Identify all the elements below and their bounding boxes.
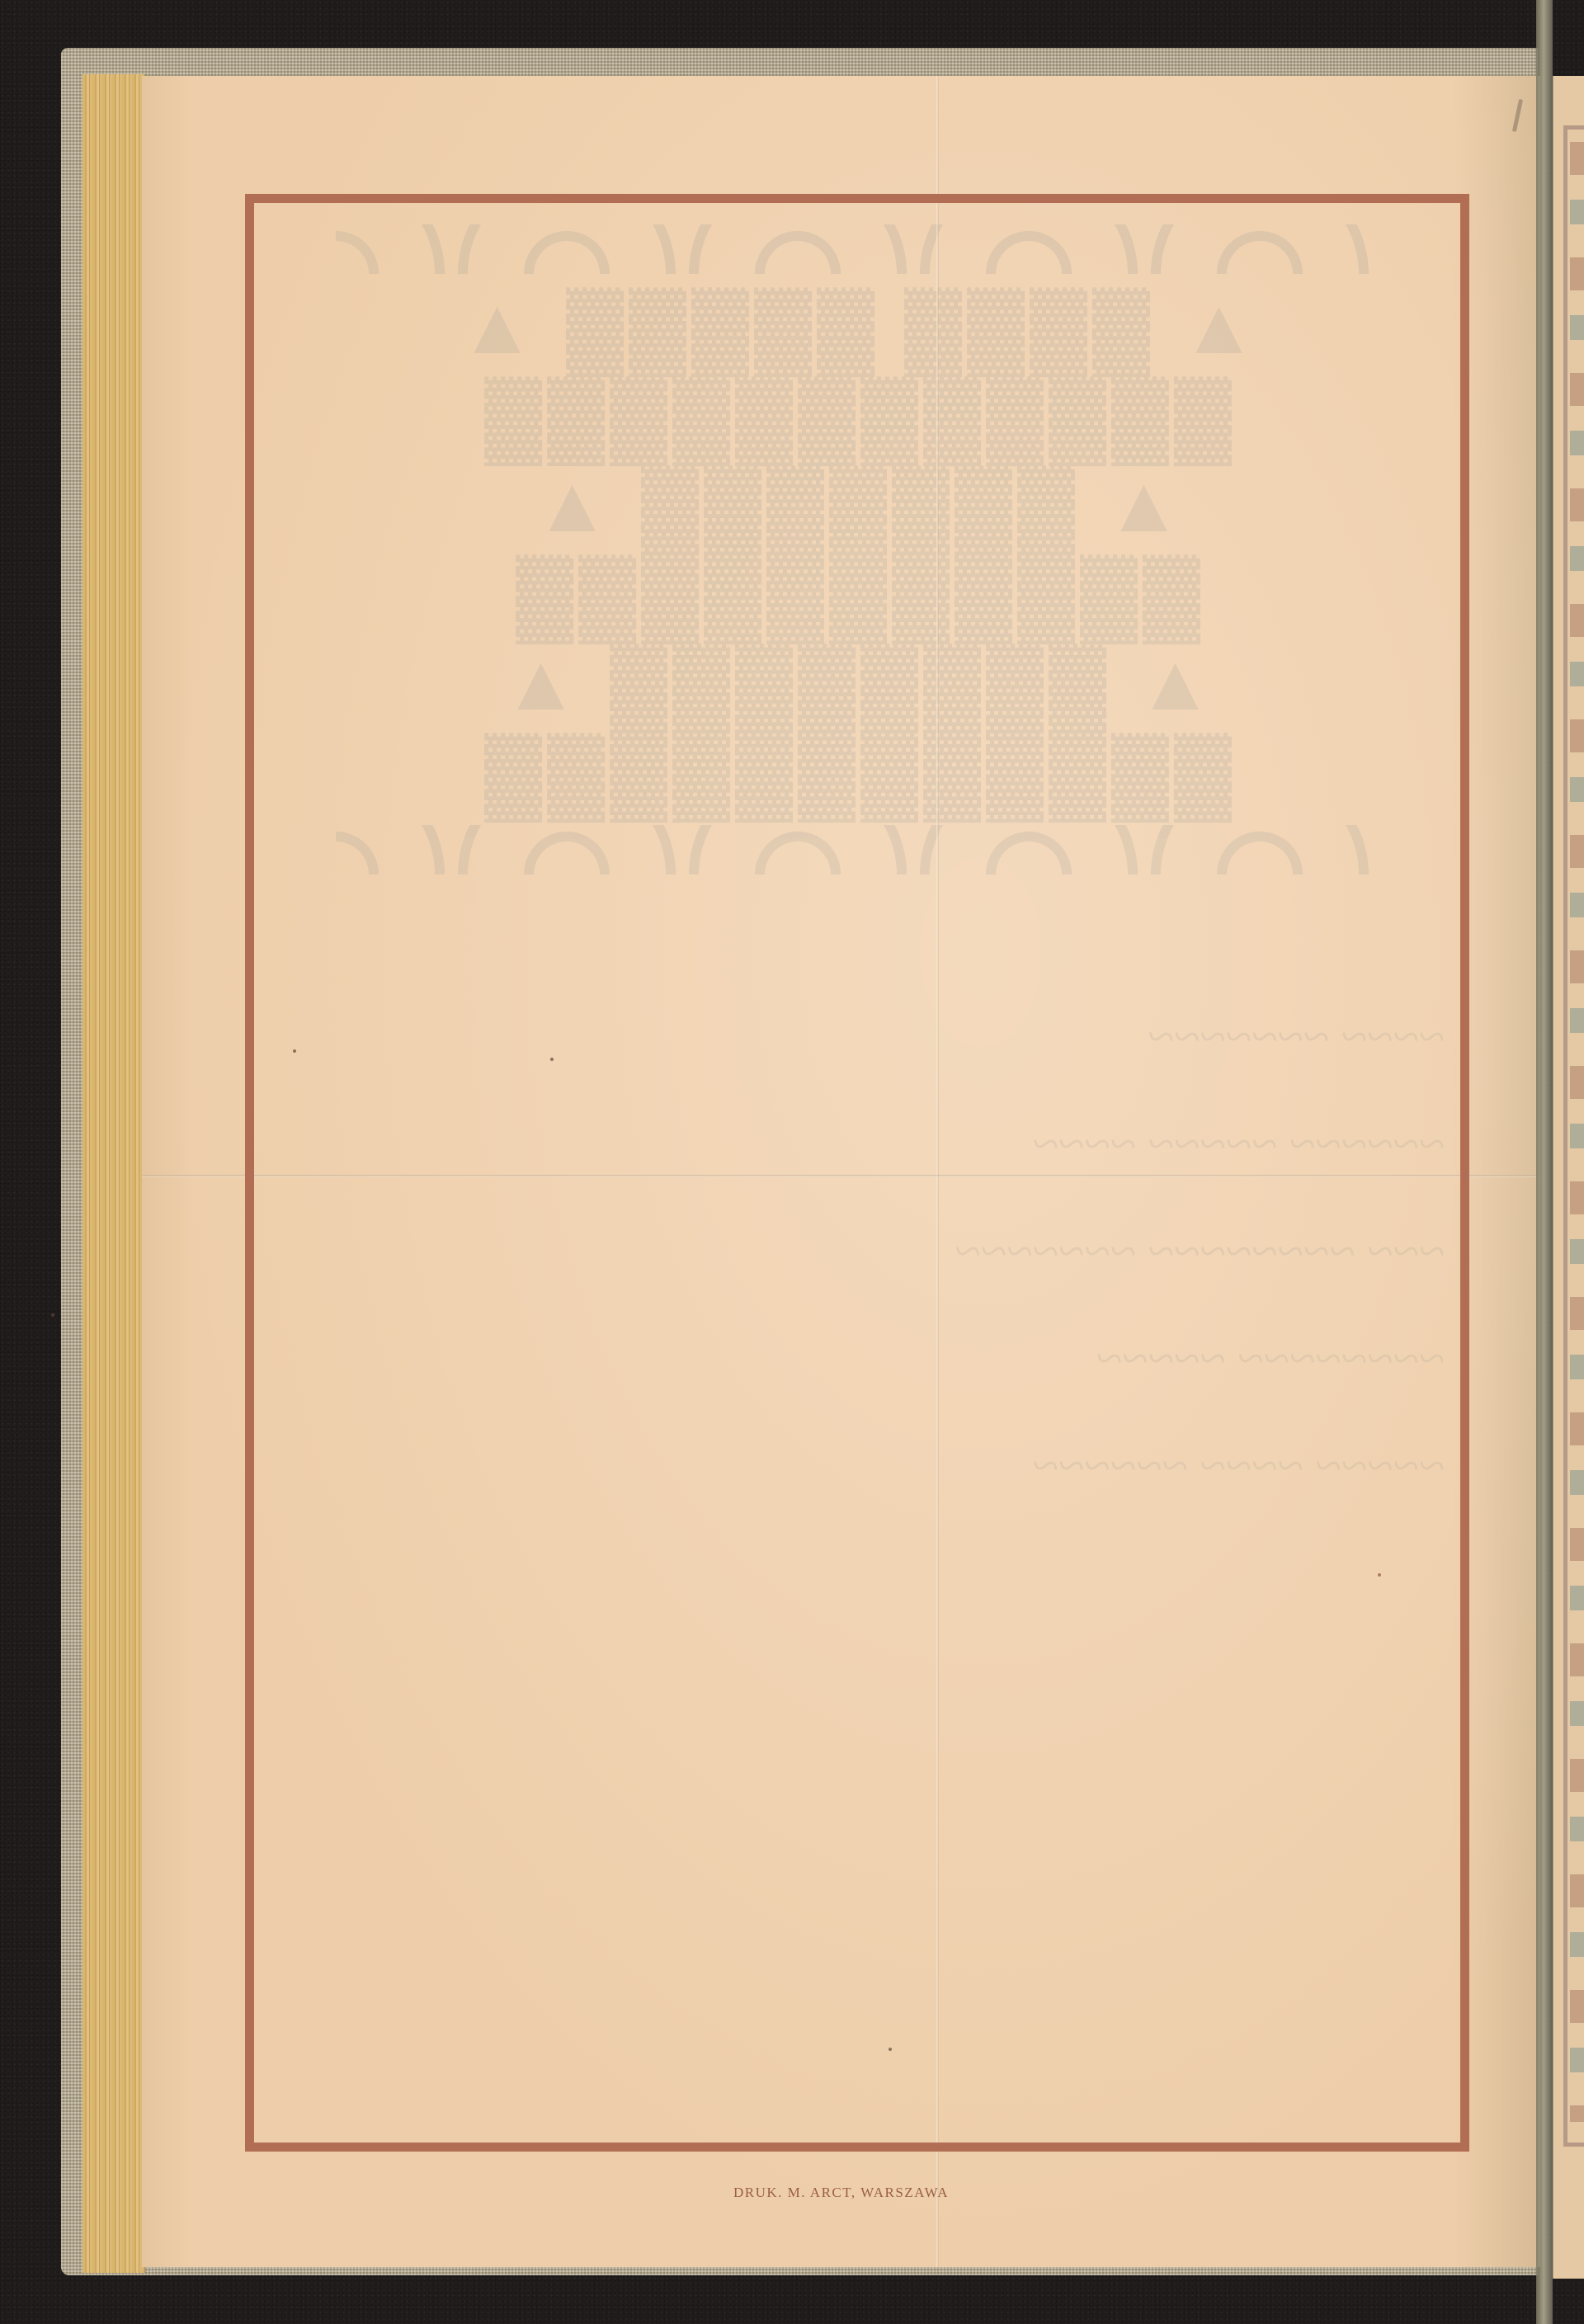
paper-speck (550, 1058, 554, 1061)
paper-speck (889, 2048, 892, 2051)
book-page: ▲ ▓▓▓▓ ▓▓▓▓▓ ▲ ▓▓▓▓▓▓▓▓▓▓▓▓ ▲ ▓▓▓▓▓▓▓ ▲ … (142, 76, 1540, 2267)
paper-speck (51, 1313, 54, 1317)
adjacent-page-edge (1553, 76, 1584, 2279)
printer-imprint: DRUK. M. ARCT, WARSZAWA (142, 2185, 1540, 2201)
glass-gutter-strip (1536, 0, 1553, 2324)
red-border-frame (245, 194, 1469, 2152)
pencil-mark (1512, 99, 1523, 132)
paper-speck (1378, 1573, 1381, 1577)
paper-speck (293, 1049, 296, 1053)
adjacent-page-ornament (1570, 142, 1584, 2122)
page-fore-edges (82, 74, 145, 2273)
